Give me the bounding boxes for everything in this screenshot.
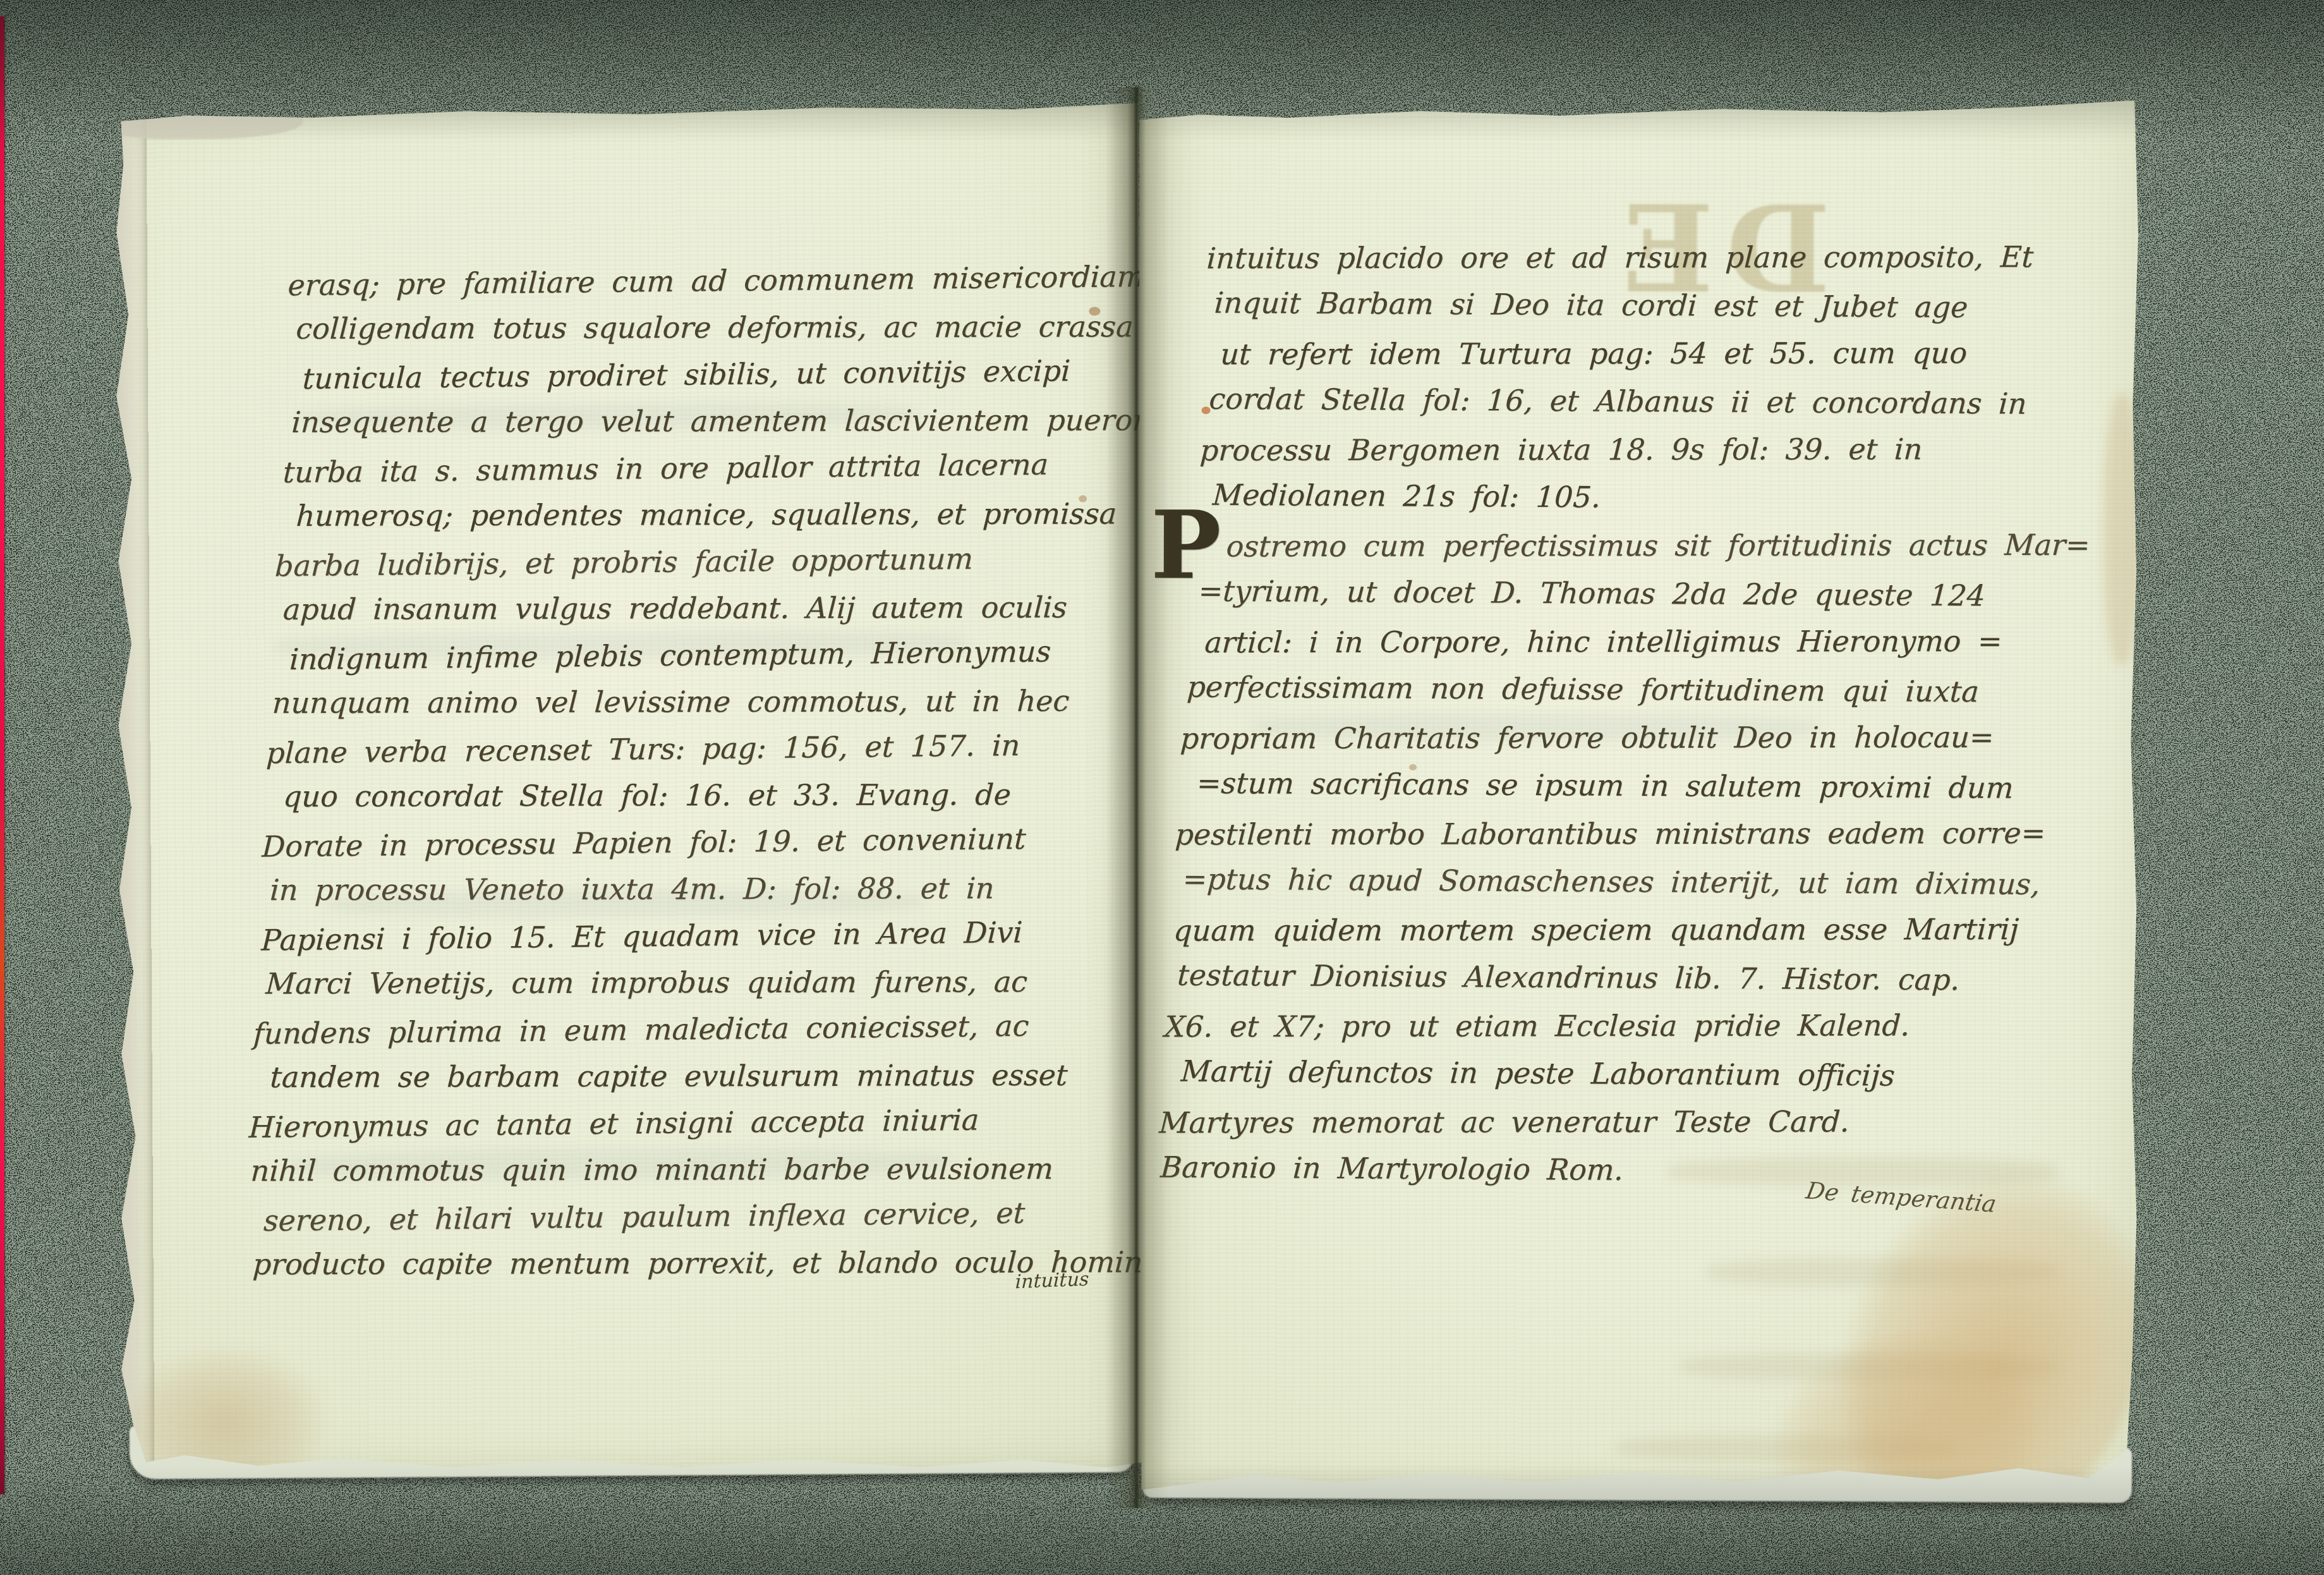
manuscript-line: quo concordat Stella fol: 16. et 33. Eva… — [263, 771, 1130, 820]
manuscript-line: erasq; pre familiare cum ad communem mis… — [287, 253, 1154, 308]
manuscript-line: Papiensi i folio 15. Et quadam vice in A… — [257, 908, 1124, 963]
manuscript-line: humerosq; pendentes manice, squallens, e… — [276, 490, 1144, 539]
manuscript-line: apud insanum vulgus reddebant. Alij aute… — [272, 583, 1139, 633]
manuscript-line: =stum sacrificans se ipsum in salutem pr… — [1177, 759, 2114, 813]
manuscript-line: =ptus hic apud Somaschenses interijt, ut… — [1171, 854, 2109, 908]
manuscript-line: colligendam totus squalore deformis, ac … — [285, 303, 1153, 352]
red-book-edge — [0, 16, 4, 1494]
manuscript-line: articl: i in Corpore, hinc intelligimus … — [1185, 617, 2122, 667]
manuscript-line: turba ita s. summus in ore pallor attrit… — [278, 440, 1146, 496]
manuscript-line: inquit Barbam si Deo ita cordi est et Ju… — [1203, 279, 2141, 332]
manuscript-line: Mediolanen 21s fol: 105. — [1192, 471, 2130, 525]
manuscript-line: quam quidem mortem speciem quandam esse … — [1168, 905, 2106, 955]
left-page: erasq; pre familiare cum ad communem mis… — [104, 103, 1146, 1479]
left-page-text: erasq; pre familiare cum ad communem mis… — [241, 255, 1154, 1289]
manuscript-line: Dorate in processu Papien fol: 19. et co… — [261, 814, 1129, 870]
manuscript-line: nunquam animo vel levissime commotus, ut… — [267, 677, 1135, 726]
manuscript-line: propriam Charitatis fervore obtulit Deo … — [1179, 713, 2117, 763]
right-page: DE P intuitus placido ore et ad risum pl… — [1135, 94, 2143, 1498]
manuscript-line: plane verba recenset Turs: pag: 156, et … — [265, 721, 1133, 776]
manuscript-line: cordat Stella fol: 16, et Albanus ii et … — [1197, 375, 2135, 429]
manuscript-line: pestilenti morbo Laborantibus ministrans… — [1174, 809, 2112, 859]
right-page-text: intuitus placido ore et ad risum plane c… — [1156, 232, 2144, 1195]
manuscript-line: Hieronymus ac tanta et insigni accepta i… — [248, 1095, 1115, 1150]
manuscript-line: insequente a tergo velut amentem lascivi… — [281, 396, 1148, 446]
manuscript-line: sereno, et hilari vultu paulum inflexa c… — [244, 1188, 1111, 1244]
manuscript-line: processu Bergomen iuxta 18. 9s fol: 39. … — [1195, 425, 2133, 475]
curled-corner — [113, 106, 303, 140]
manuscript-line: indignum infime plebis contemptum, Hiero… — [270, 627, 1137, 683]
manuscript-line: tandem se barbam capite evulsurum minatu… — [250, 1052, 1118, 1101]
manuscript-line: producto capite mentum porrexit, et blan… — [241, 1239, 1109, 1288]
manuscript-photo: erasq; pre familiare cum ad communem mis… — [0, 0, 2324, 1575]
manuscript-line: perfectissimam non defuisse fortitudinem… — [1182, 663, 2119, 717]
manuscript-line: in processu Veneto iuxta 4m. D: fol: 88.… — [259, 865, 1127, 914]
manuscript-line: =tyrium, ut docet D. Thomas 2da 2de ques… — [1187, 567, 2125, 621]
manuscript-line: nihil commotus quin imo minanti barbe ev… — [246, 1145, 1113, 1195]
manuscript-line: Martyres memorat ac veneratur Teste Card… — [1158, 1097, 2096, 1147]
manuscript-line: ut refert idem Turtura pag: 54 et 55. cu… — [1201, 329, 2138, 379]
manuscript-line: ostremo cum perfectissimus sit fortitudi… — [1190, 521, 2127, 571]
deckle-edge-icon — [104, 109, 154, 1479]
catchword: intuitus — [1015, 1268, 1089, 1293]
manuscript-line: Martij defunctos in peste Laborantium of… — [1161, 1047, 2098, 1100]
manuscript-line: X6. et X7; pro ut etiam Ecclesia pridie … — [1163, 1001, 2101, 1051]
manuscript-line: barba ludibrijs, et probris facile oppor… — [274, 533, 1142, 589]
manuscript-line: Marci Venetijs, cum improbus quidam fure… — [255, 958, 1122, 1007]
manuscript-line: testatur Dionisius Alexandrinus lib. 7. … — [1166, 951, 2103, 1004]
manuscript-line: tunicula tectus prodiret sibilis, ut con… — [282, 346, 1150, 402]
manuscript-line: intuitus placido ore et ad risum plane c… — [1206, 233, 2143, 283]
manuscript-line: fundens plurima in eum maledicta conieci… — [252, 1001, 1120, 1057]
